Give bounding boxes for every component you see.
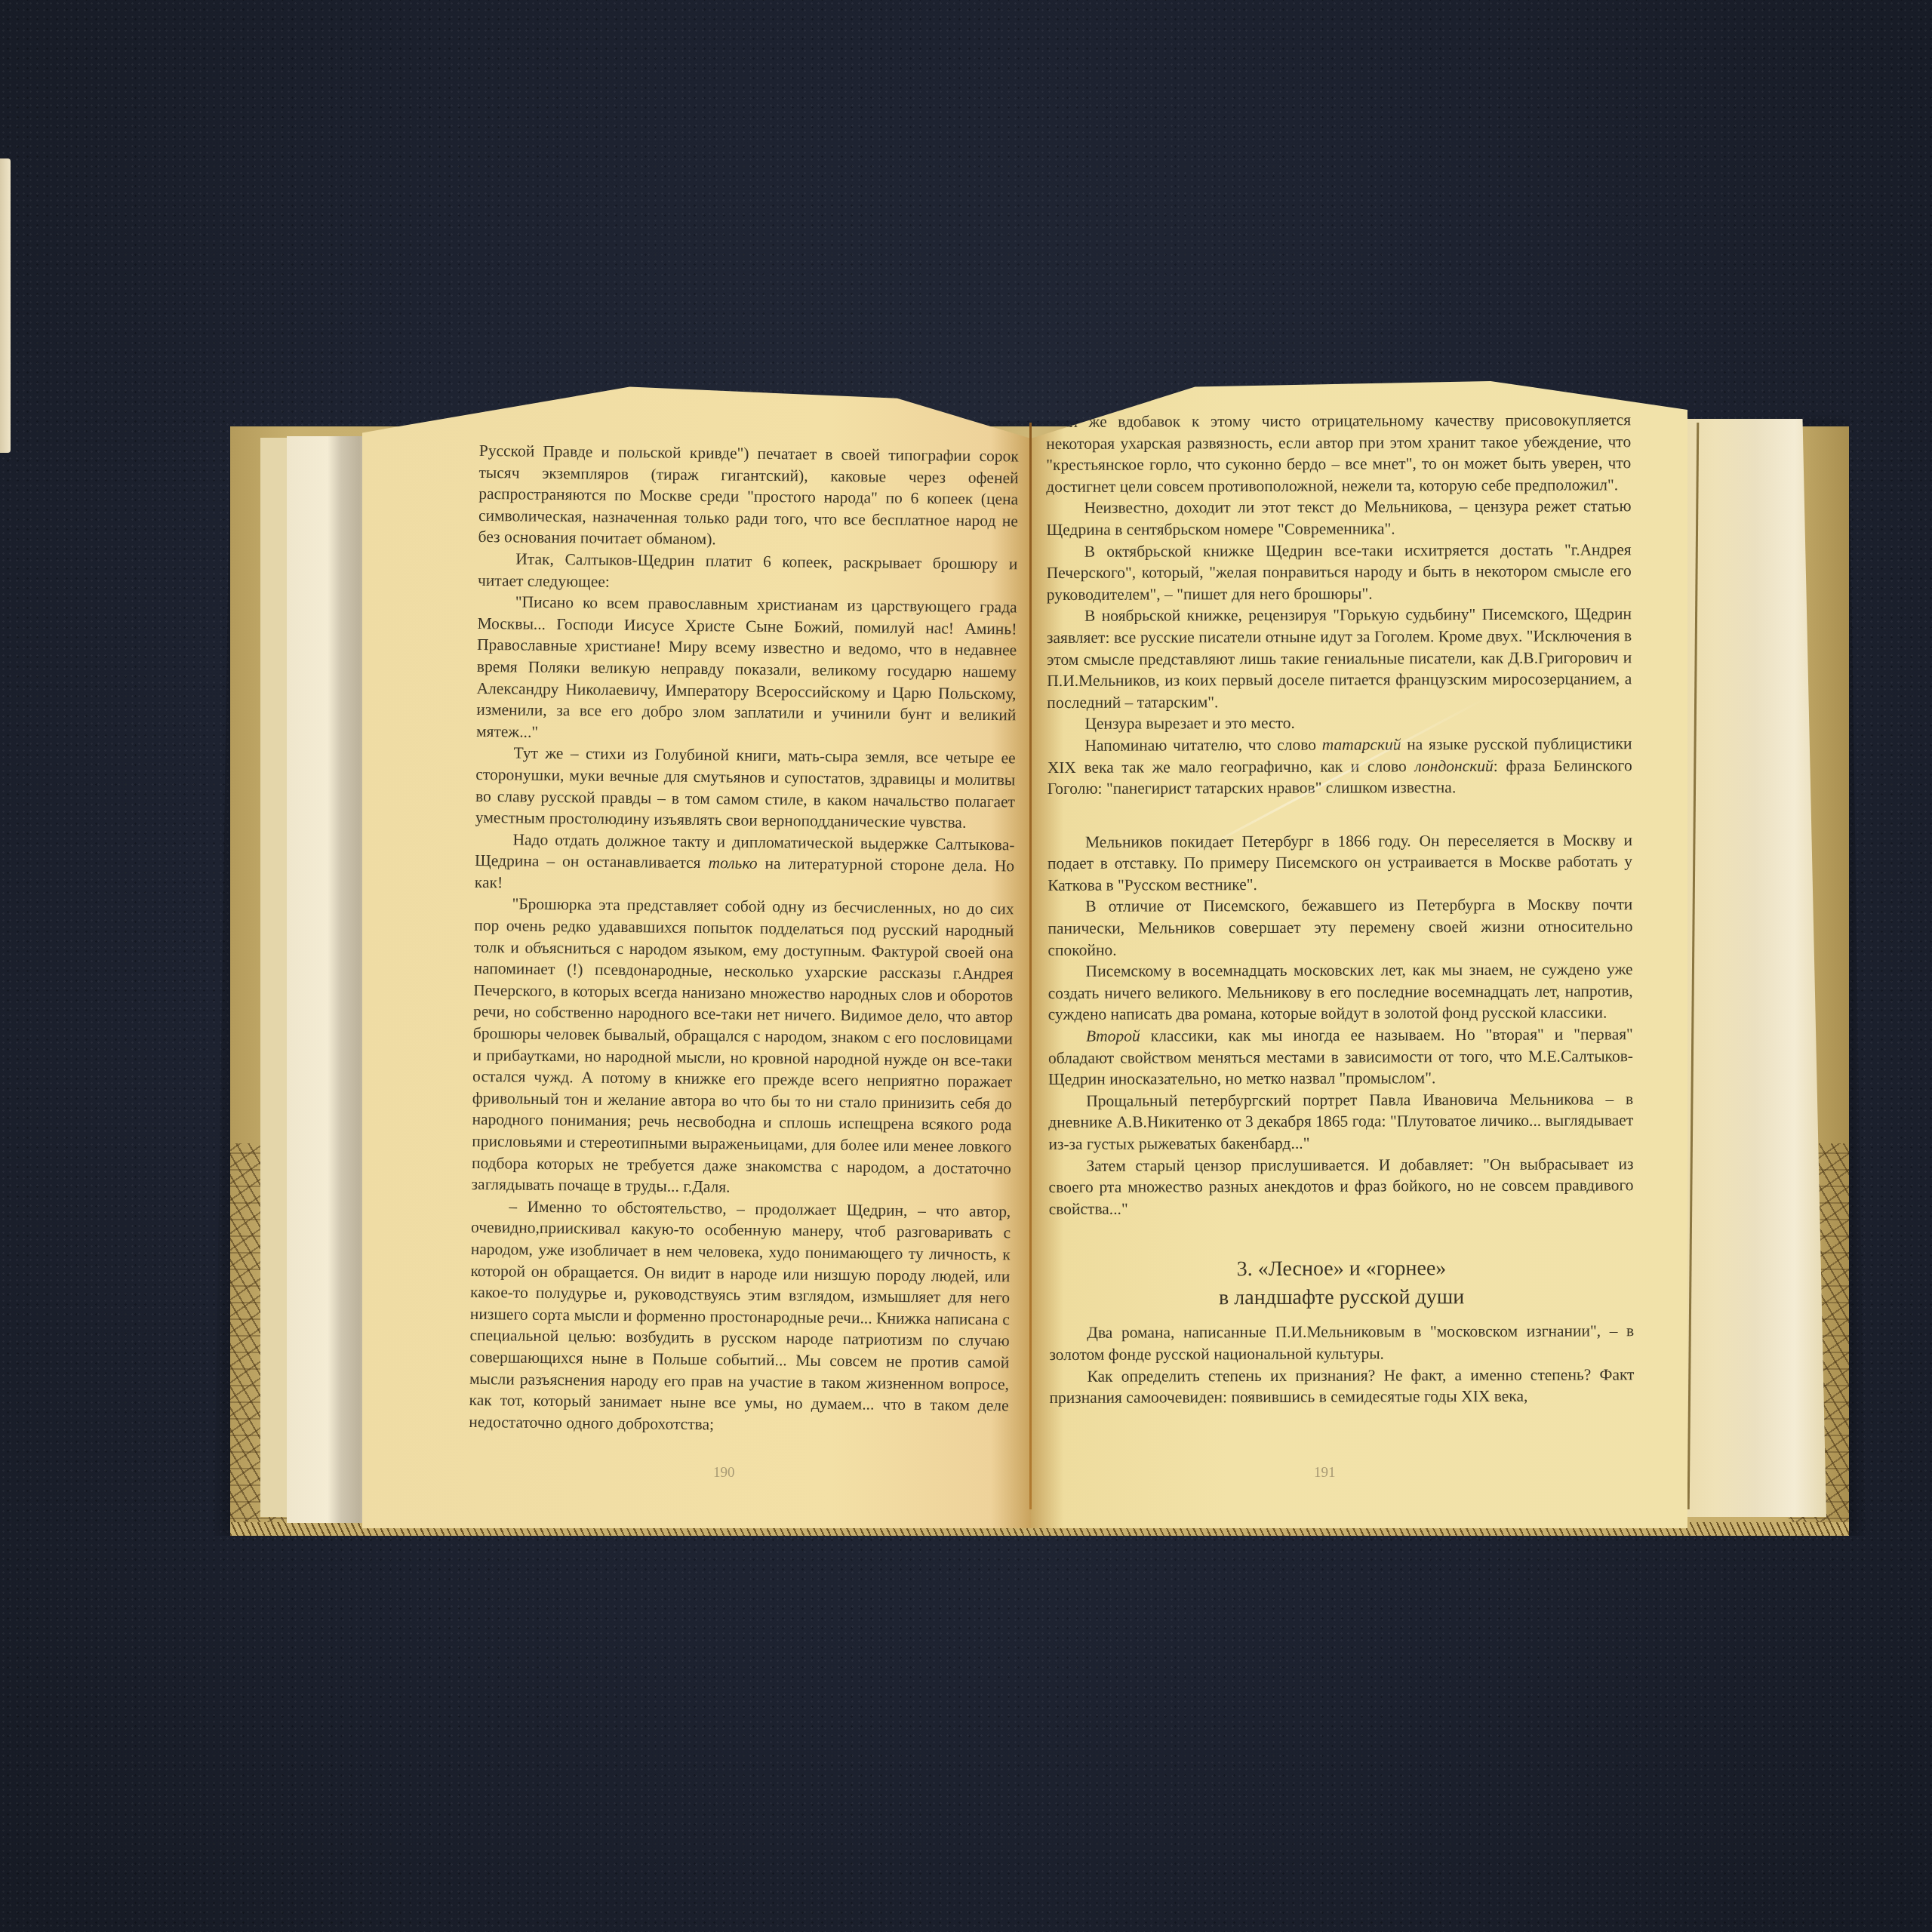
chapter-heading-line-2: в ландшафте русской души bbox=[1049, 1283, 1634, 1314]
text-run: Напоминаю читателю, что слово bbox=[1085, 736, 1322, 755]
paragraph: В ноябрьской книжке, рецензируя "Горькую… bbox=[1047, 604, 1632, 714]
paragraph: Надо отдать должное такту и дипломатичес… bbox=[475, 829, 1015, 899]
paragraph: Прощальный петербургский портрет Павла И… bbox=[1048, 1088, 1633, 1155]
paragraph: Цензура вырезает и это место. bbox=[1047, 712, 1632, 735]
paragraph: Тут же – стихи из Голубиной книги, мать-… bbox=[475, 742, 1016, 834]
paragraph: Писемскому в восемнадцать московских лет… bbox=[1048, 959, 1633, 1026]
paragraph: "Брошюрка эта представляет собой одну из… bbox=[472, 893, 1014, 1201]
left-page-text: Русской Правде и польской кривде") печат… bbox=[469, 440, 1019, 1438]
paragraph: Мельников покидает Петербург в 1866 году… bbox=[1048, 829, 1632, 896]
endpaper-left bbox=[260, 438, 291, 1517]
chapter-heading-line-1: 3. «Лесное» и «горнее» bbox=[1049, 1254, 1634, 1285]
right-page[interactable]: если же вдобавок к этому чисто отрицател… bbox=[1031, 381, 1687, 1528]
paragraph: Затем старый цензор прислушивается. И до… bbox=[1048, 1153, 1633, 1220]
paragraph: Два романа, написанные П.И.Мельниковым в… bbox=[1049, 1321, 1634, 1366]
stray-paper-edge bbox=[0, 158, 11, 453]
page-number-right: 191 bbox=[1314, 1465, 1336, 1481]
book-spine-gutter bbox=[1029, 423, 1032, 1509]
paragraph: Неизвестно, доходит ли этот текст до Мел… bbox=[1046, 496, 1631, 541]
paragraph: Второй классики, как мы иногда ее называ… bbox=[1048, 1023, 1633, 1090]
paragraph: Русской Правде и польской кривде") печат… bbox=[478, 440, 1019, 553]
left-page[interactable]: Русской Правде и польской кривде") печат… bbox=[362, 381, 1031, 1528]
paragraph: "Писано ко всем православным христианам … bbox=[476, 591, 1017, 748]
paragraph: если же вдобавок к этому чисто отрицател… bbox=[1046, 409, 1631, 497]
paragraph: – Именно то обстоятельство, – продолжает… bbox=[469, 1195, 1011, 1438]
right-page-text: если же вдобавок к этому чисто отрицател… bbox=[1046, 409, 1635, 1408]
chapter-heading: 3. «Лесное» и «горнее» в ландшафте русск… bbox=[1049, 1254, 1634, 1314]
paragraph: Как определить степень их признания? Не … bbox=[1049, 1364, 1634, 1409]
paragraph: Напоминаю читателю, что слово татарский … bbox=[1047, 733, 1632, 799]
page-number-left: 190 bbox=[713, 1465, 735, 1481]
italic-emphasis: Второй bbox=[1086, 1027, 1140, 1045]
paragraph: В октябрьской книжке Щедрин все-таки исх… bbox=[1047, 539, 1632, 605]
italic-emphasis: татарский bbox=[1322, 735, 1401, 753]
paragraph: Итак, Салтыков-Щедрин платит 6 копеек, р… bbox=[478, 548, 1018, 597]
italic-emphasis: только bbox=[708, 854, 757, 872]
paragraph: В отличие от Писемского, бежавшего из Пе… bbox=[1048, 894, 1632, 961]
italic-emphasis: лондонский bbox=[1414, 756, 1494, 774]
